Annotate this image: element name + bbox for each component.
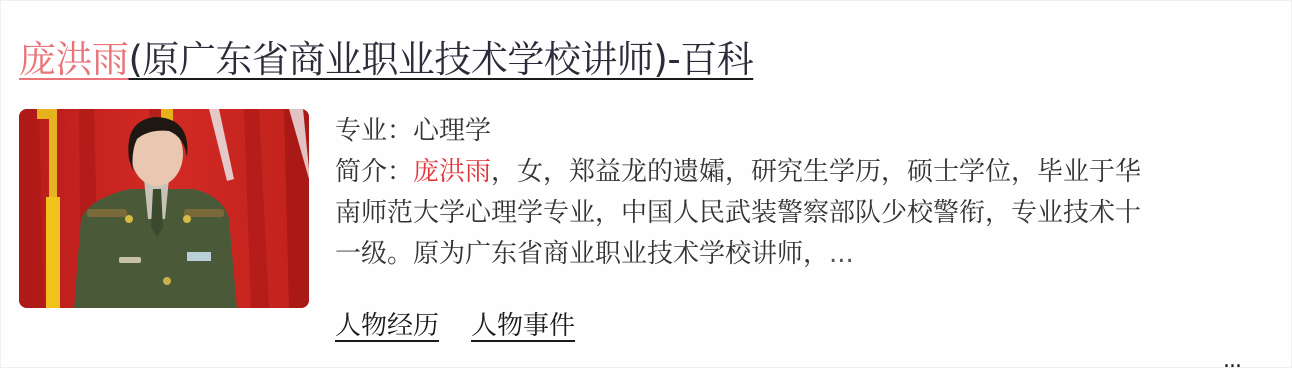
major-label: 专业： — [335, 116, 413, 146]
result-thumbnail[interactable] — [19, 109, 309, 308]
title-highlight-link[interactable]: 庞洪雨 — [19, 38, 129, 81]
intro-line1: ，女，郑益龙的遗孀，研究生学历，硕士学位，毕业于华 — [491, 157, 1141, 187]
search-result-card: 庞洪雨(原广东省商业职业技术学校讲师)-百科 — [0, 0, 1292, 368]
result-info: 专业：心理学 简介：庞洪雨，女，郑益龙的遗孀，研究生学历，硕士学位，毕业于华 南… — [335, 111, 1255, 275]
ellipsis-icon[interactable]: ... — [1223, 353, 1253, 368]
major-value: 心理学 — [413, 116, 491, 146]
intro-ellipsis: ... — [829, 239, 854, 269]
major-row: 专业：心理学 — [335, 111, 1255, 152]
title-link[interactable]: (原广东省商业职业技术学校讲师)-百科 — [129, 38, 754, 81]
link-person-history[interactable]: 人物经历 — [335, 311, 439, 341]
result-title[interactable]: 庞洪雨(原广东省商业职业技术学校讲师)-百科 — [19, 35, 753, 85]
intro-label: 简介： — [335, 157, 413, 187]
intro-row: 简介：庞洪雨，女，郑益龙的遗孀，研究生学历，硕士学位，毕业于华 — [335, 152, 1255, 193]
intro-line2: 南师范大学心理学专业，中国人民武装警察部队少校警衔，专业技术十 — [335, 193, 1255, 234]
intro-highlight: 庞洪雨 — [413, 157, 491, 187]
intro-line3: 一级。原为广东省商业职业技术学校讲师， — [335, 239, 829, 269]
intro-line3-row: 一级。原为广东省商业职业技术学校讲师，... — [335, 234, 1255, 275]
link-person-events[interactable]: 人物事件 — [471, 311, 575, 341]
related-links: 人物经历人物事件 — [335, 306, 607, 346]
person-photo-icon — [19, 109, 309, 308]
